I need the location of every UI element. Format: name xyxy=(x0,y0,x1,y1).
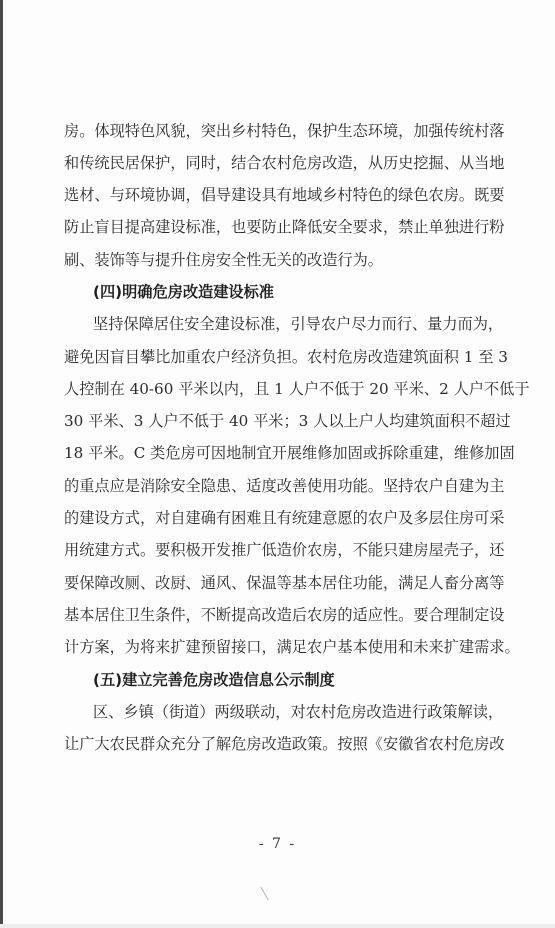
body-line: 房。体现特色风貌，突出乡村特色，保护生态环境，加强传统村落 xyxy=(64,120,466,142)
scan-left-edge xyxy=(0,0,3,928)
body-line: 人控制在 40-60 平米以内，且 1 人户不低于 20 平米、2 人户不低于 xyxy=(64,378,466,400)
body-line: 刷、装饰等与提升住房安全性无关的改造行为。 xyxy=(64,249,466,271)
section-heading-5: (五)建立完善危房改造信息公示制度 xyxy=(93,669,466,691)
paragraph-first-line: 区、乡镇（街道）两级联动，对农村危房改造进行政策解读， xyxy=(93,701,466,723)
paragraph-first-line: 坚持保障居住安全建设标准，引导农户尽力而行、量力而为， xyxy=(93,313,466,335)
body-line: 18 平米。C 类危房可因地制宜开展维修加固或拆除重建，维修加固 xyxy=(64,442,466,464)
page-number: - 7 - xyxy=(0,836,555,852)
body-line: 的建设方式，对自建确有困难且有统建意愿的农户及多层住房可采 xyxy=(64,507,466,529)
body-line: 30 平米、3 人户不低于 40 平米；3 人以上户人均建筑面积不超过 xyxy=(64,410,466,432)
body-line: 避免因盲目攀比加重农户经济负担。农村危房改造建筑面积 1 至 3 xyxy=(64,346,466,368)
body-line: 让广大农民群众充分了解危房改造政策。按照《安徽省农村危房改 xyxy=(64,733,466,755)
body-line: 基本居住卫生条件，不断提高改造后农房的适应性。要合理制定设 xyxy=(64,604,466,626)
document-page: 房。体现特色风貌，突出乡村特色，保护生态环境，加强传统村落 和传统民居保护，同时… xyxy=(0,0,555,928)
body-line: 要保障改厕、改厨、通风、保温等基本居住功能，满足人畜分离等 xyxy=(64,572,466,594)
scan-bottom-edge xyxy=(0,924,555,928)
body-line: 和传统民居保护，同时，结合农村危房改造，从历史挖掘、从当地 xyxy=(64,152,466,174)
body-line: 选材、与环境协调，倡导建设具有地域乡村特色的绿色农房。既要 xyxy=(64,184,466,206)
body-line: 防止盲目提高建设标准，也要防止降低安全要求，禁止单独进行粉 xyxy=(64,216,466,238)
body-line: 的重点应是消除安全隐患、适度改善使用功能。坚持农户自建为主 xyxy=(64,475,466,497)
scan-artifact-mark xyxy=(260,887,268,900)
body-line: 用统建方式。要积极开发推广低造价农房，不能只建房屋壳子，还 xyxy=(64,539,466,561)
body-line: 计方案，为将来扩建预留接口，满足农户基本使用和未来扩建需求。 xyxy=(64,636,466,658)
section-heading-4: (四)明确危房改造建设标准 xyxy=(93,281,466,303)
